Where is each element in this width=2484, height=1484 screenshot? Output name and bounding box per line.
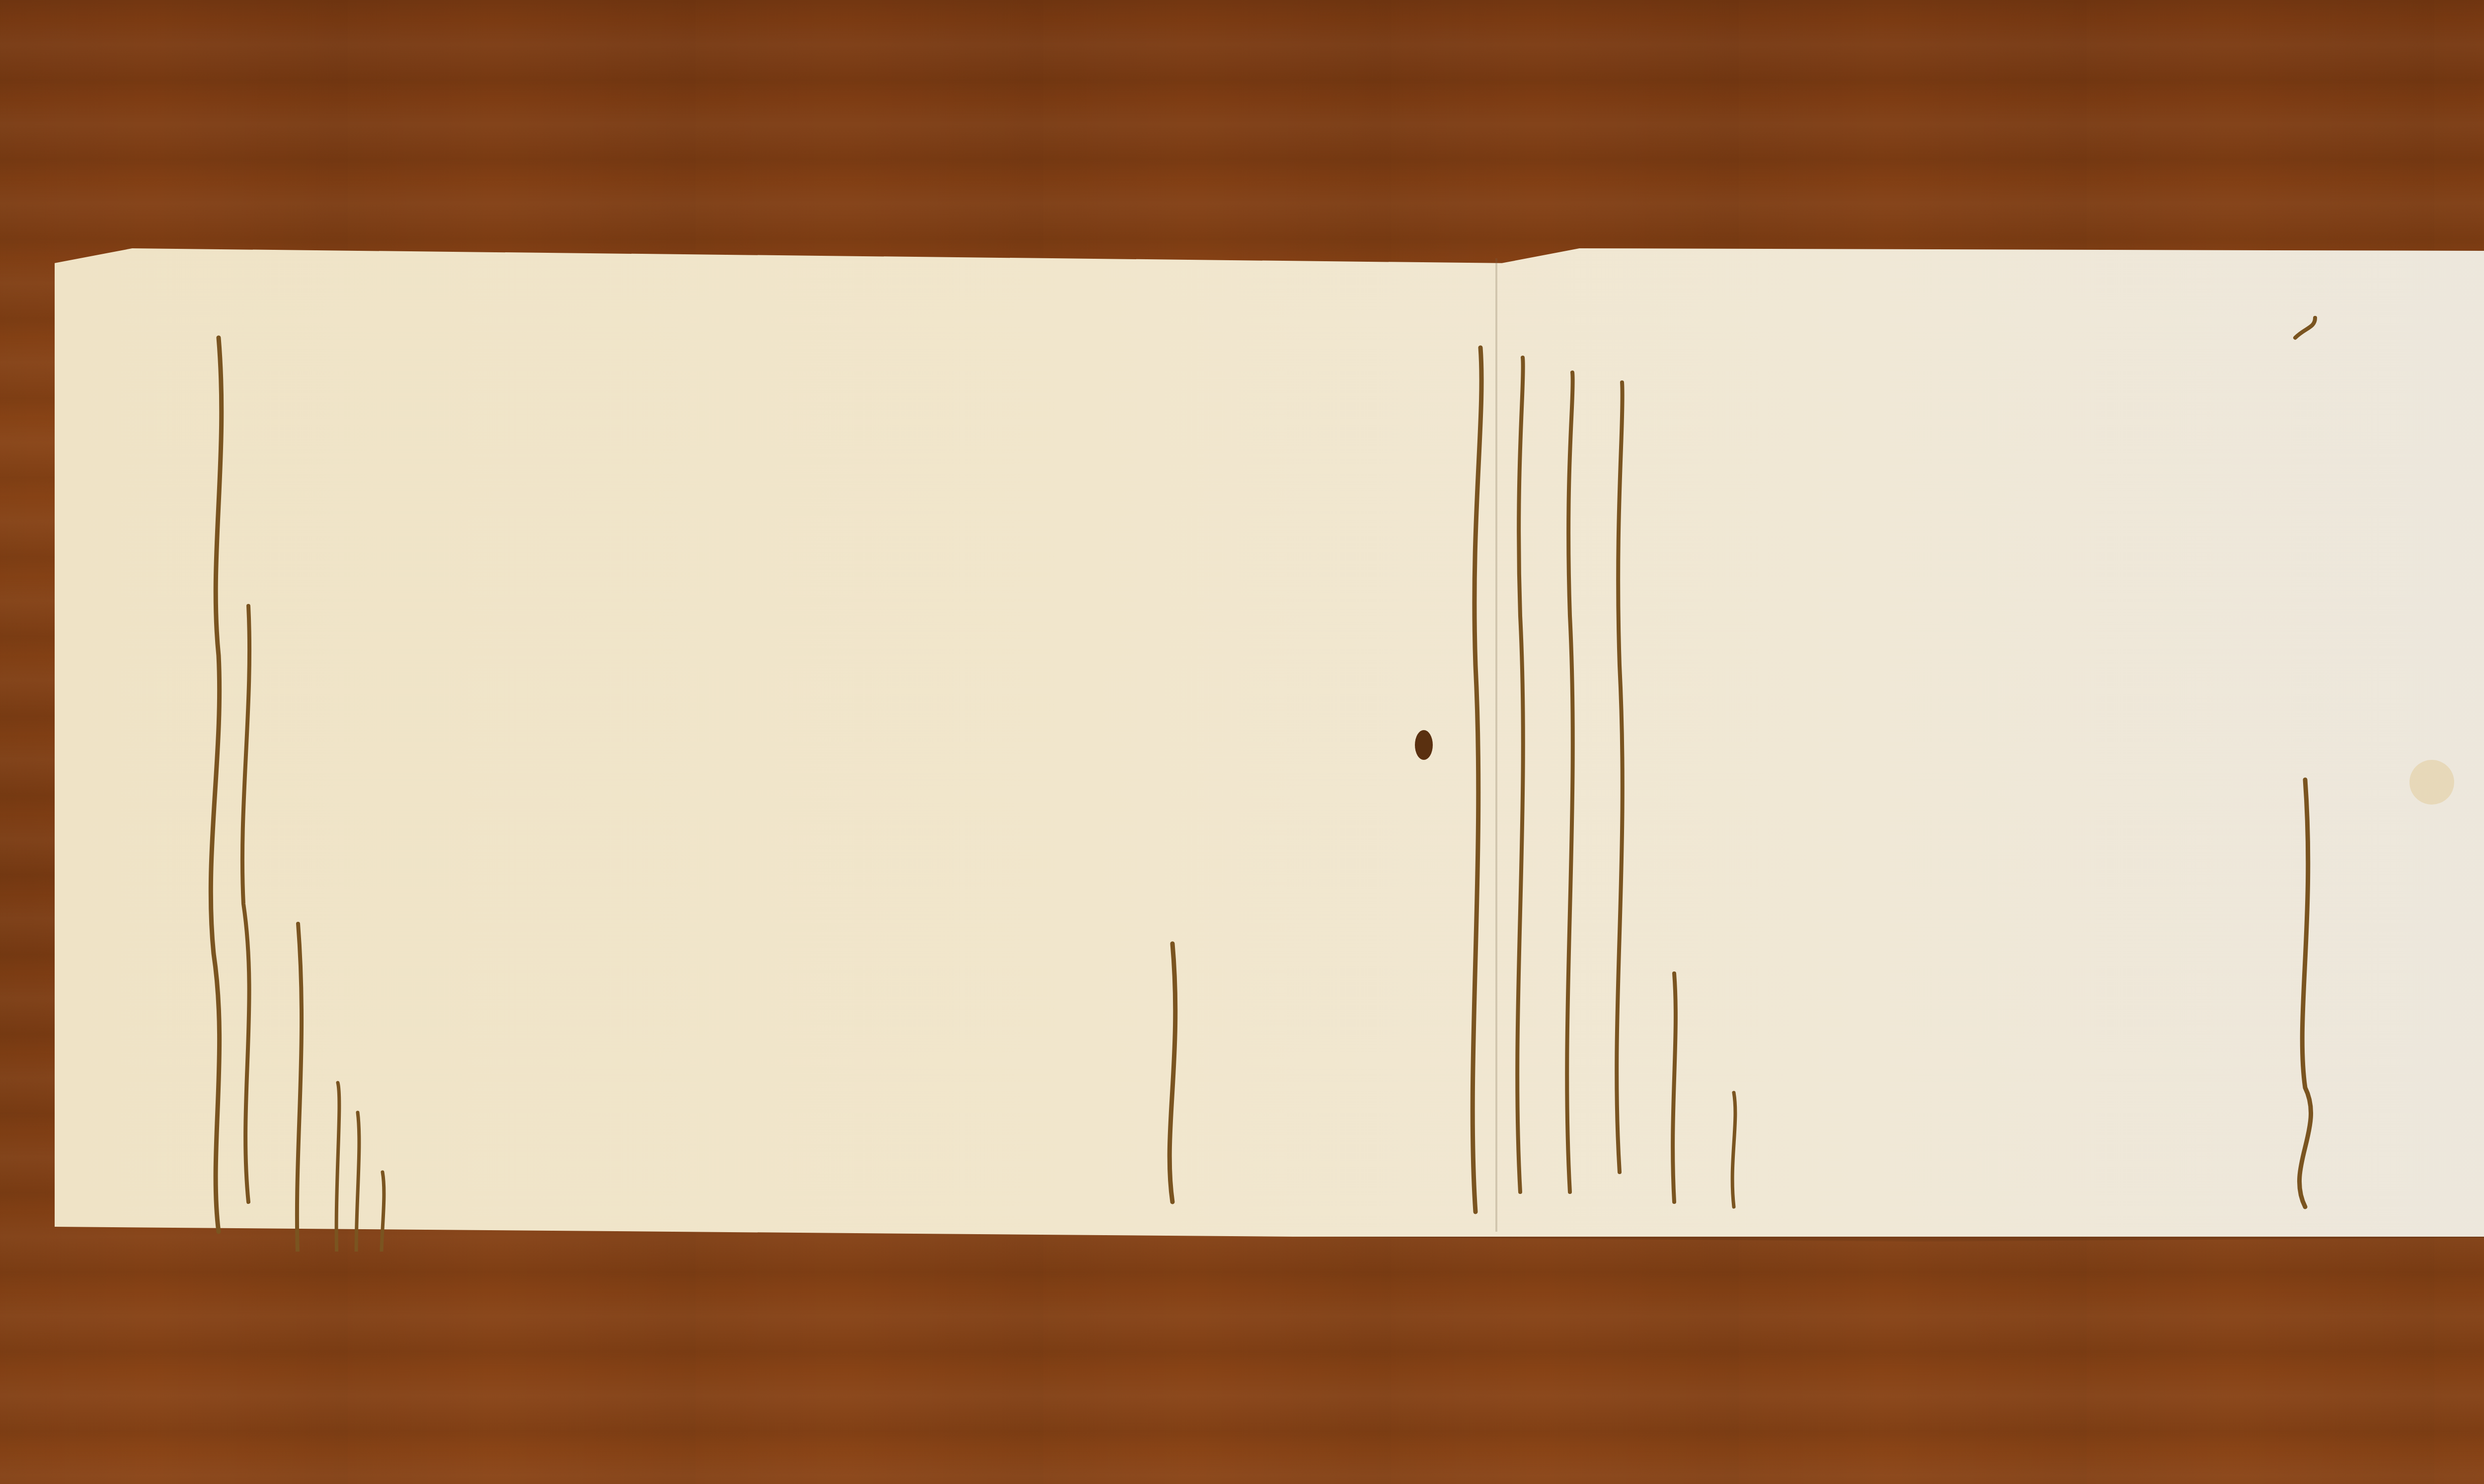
left-text-block (189, 308, 735, 1252)
page-number-mark (2285, 308, 2325, 348)
right-signature (2255, 770, 2355, 1217)
middle-short-line (1143, 934, 1202, 1212)
center-text-block (1456, 318, 1903, 1232)
paper-stain (2409, 760, 2454, 805)
paper-hole (1415, 730, 1433, 760)
